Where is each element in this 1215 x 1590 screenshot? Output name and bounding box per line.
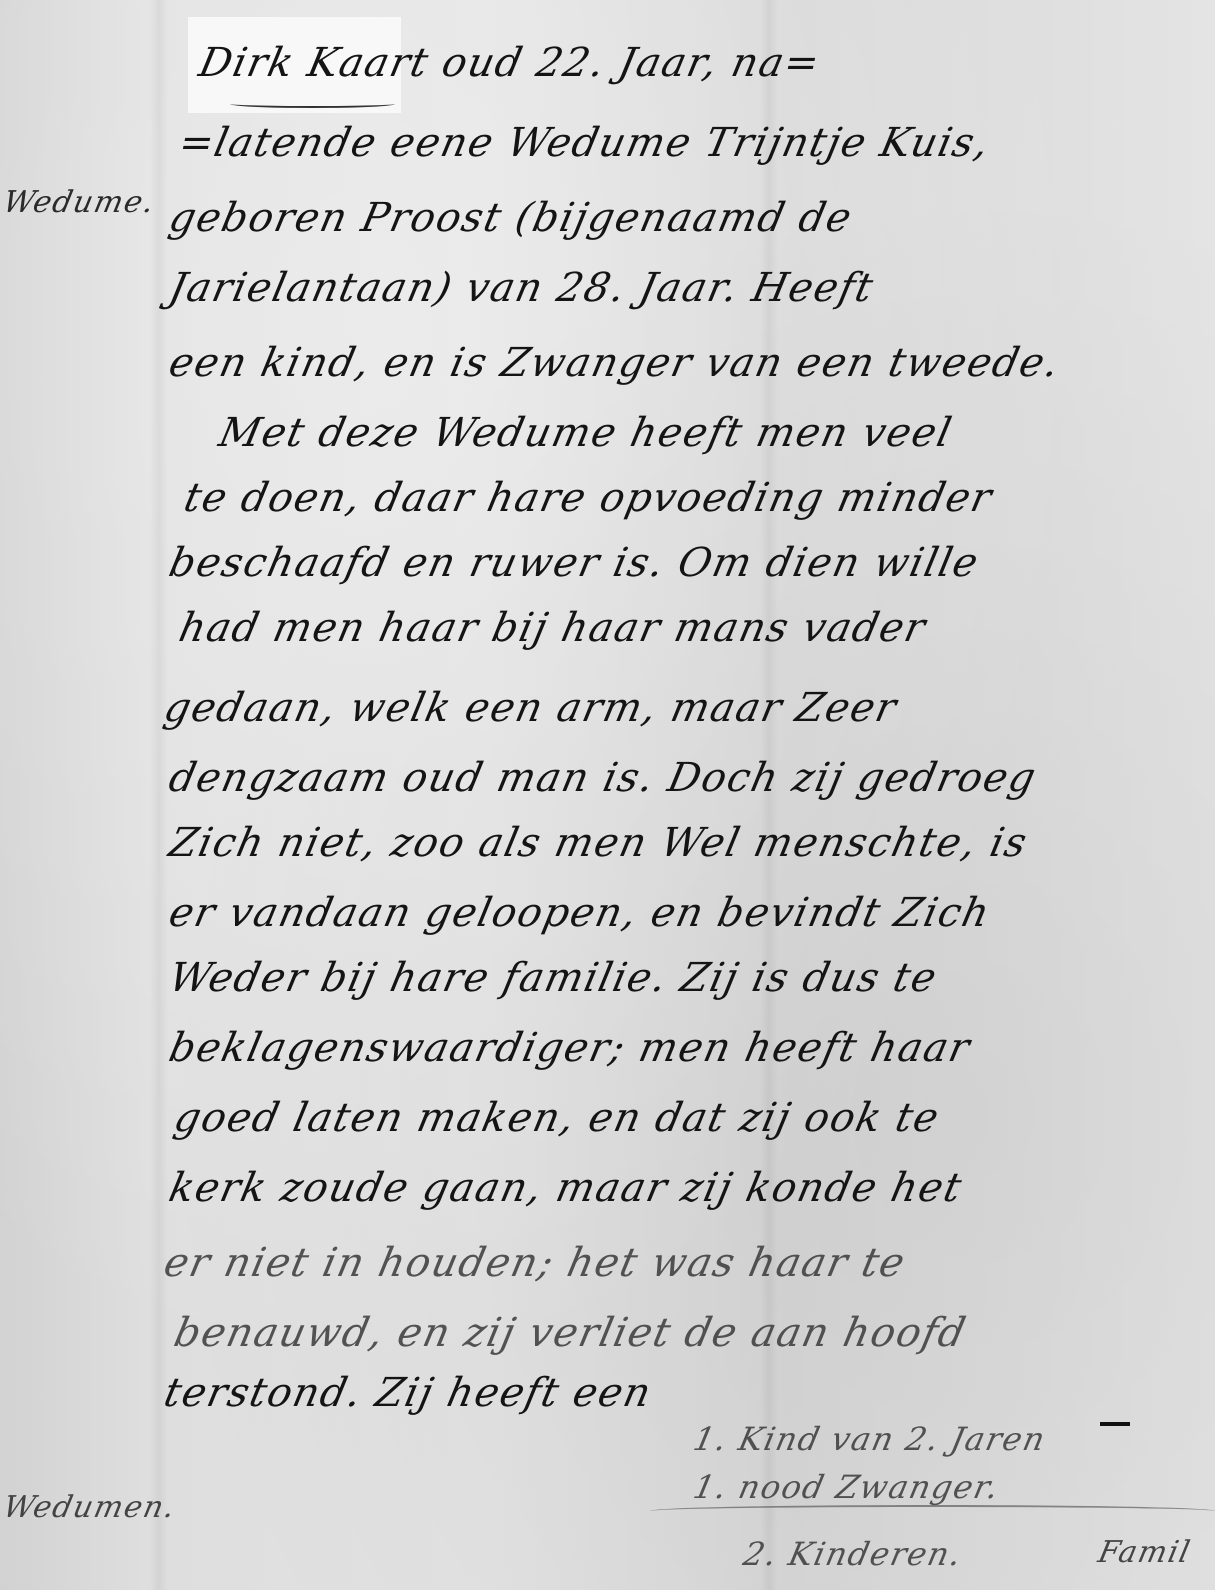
manuscript-line: benauwd, en zij verliet de aan hoofd [170, 1310, 971, 1356]
manuscript-line: terstond. Zij heeft een [160, 1370, 656, 1416]
margin-note-right-bottom: Famil [1095, 1535, 1194, 1570]
pen-stroke [650, 1505, 1215, 1517]
manuscript-line: geboren Proost (bijgenaamd de [165, 195, 857, 241]
manuscript-line: beklagenswaardiger; men heeft haar [165, 1025, 975, 1071]
children-list-item: 1. nood Zwanger. [690, 1468, 1003, 1506]
manuscript-line: er vandaan geloopen, en bevindt Zich [165, 890, 995, 936]
manuscript-line: te doen, daar hare opvoeding minder [180, 475, 997, 521]
manuscript-line: beschaafd en ruwer is. Om dien wille [165, 540, 983, 586]
manuscript-line: er niet in houden; het was haar te [160, 1240, 910, 1286]
manuscript-line: Weder bij hare familie. Zij is dus te [165, 955, 942, 1001]
manuscript-line: Zich niet, zoo als men Wel menschte, is [165, 820, 1032, 866]
manuscript-line: =latende eene Wedume Trijntje Kuis, [175, 120, 994, 166]
manuscript-line: goed laten maken, en dat zij ook te [170, 1095, 944, 1141]
margin-note-left-bottom: Wedumen. [0, 1490, 179, 1525]
manuscript-line: Jarielantaan) van 28. Jaar. Heeft [165, 265, 878, 311]
manuscript-line: had men haar bij haar mans vader [175, 605, 931, 651]
children-list-item: 1. Kind van 2. Jaren [690, 1420, 1050, 1458]
manuscript-line: dengzaam oud man is. Doch zij gedroeg [165, 755, 1041, 801]
manuscript-line: Met deze Wedume heeft men veel [215, 410, 957, 456]
manuscript-line: Dirk Kaart oud 22. Jaar, na= [195, 40, 825, 86]
margin-note-left-top: Wedume. [0, 185, 158, 220]
name-underline [230, 100, 395, 108]
children-list-item: 2. Kinderen. [740, 1535, 966, 1573]
manuscript-line: kerk zoude gaan, maar zij konde het [165, 1165, 967, 1211]
margin-dash [1100, 1422, 1130, 1426]
manuscript-page: Wedume. Wedumen. Dirk Kaart oud 22. Jaar… [0, 0, 1215, 1590]
manuscript-line: gedaan, welk een arm, maar Zeer [160, 685, 902, 731]
manuscript-line: een kind, en is Zwanger van een tweede. [165, 340, 1064, 386]
